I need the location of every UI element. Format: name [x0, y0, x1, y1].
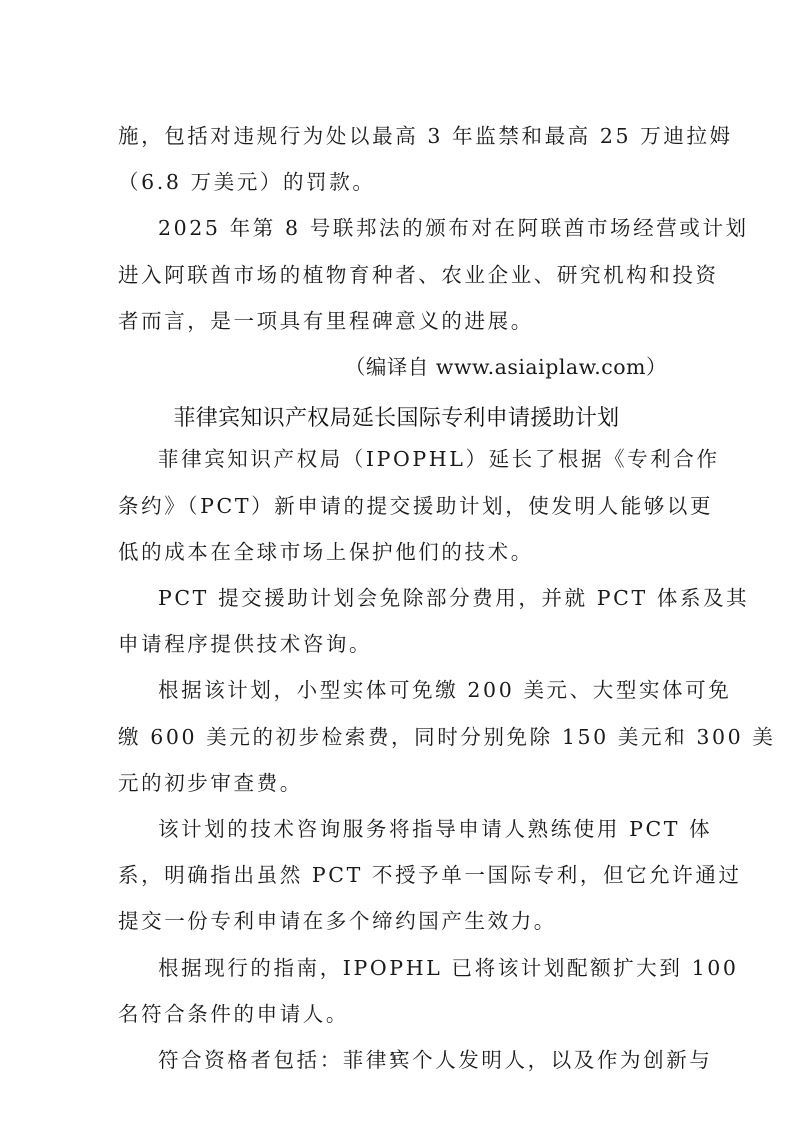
paragraph-line: 系，明确指出虽然 PCT 不授予单一国际专利，但它允许通过 [118, 863, 674, 887]
paragraph-line: 该计划的技术咨询服务将指导申请人熟练使用 PCT 体 [158, 817, 674, 841]
paragraph-line: 元的初步审查费。 [118, 771, 674, 795]
paragraph-line: 进入阿联酋市场的植物育种者、农业企业、研究机构和投资 [118, 263, 674, 287]
paragraph-line: 提交一份专利申请在多个缔约国产生效力。 [118, 909, 674, 933]
paragraph-line: 低的成本在全球市场上保护他们的技术。 [118, 540, 674, 564]
document-page: 施，包括对违规行为处以最高 3 年监禁和最高 25 万迪拉姆 （6.8 万美元）… [0, 0, 793, 1122]
paragraph-line: 者而言，是一项具有里程碑意义的进展。 [118, 309, 674, 333]
paragraph-line: 根据现行的指南，IPOPHL 已将该计划配额扩大到 100 [158, 956, 674, 980]
article-title: 菲律宾知识产权局延长国际专利申请援助计划 [0, 405, 793, 433]
paragraph-line: （6.8 万美元）的罚款。 [118, 170, 674, 194]
paragraph-line: 菲律宾知识产权局（IPOPHL）延长了根据《专利合作 [158, 447, 674, 471]
paragraph-line: 缴 600 美元的初步检索费，同时分别免除 150 美元和 300 美 [118, 725, 674, 749]
paragraph-line: 申请程序提供技术咨询。 [118, 632, 674, 656]
paragraph-line: 施，包括对违规行为处以最高 3 年监禁和最高 25 万迪拉姆 [118, 124, 674, 148]
paragraph-line: 条约》（PCT）新申请的提交援助计划，使发明人能够以更 [118, 494, 674, 518]
paragraph-line: 根据该计划，小型实体可免缴 200 美元、大型实体可免 [158, 678, 674, 702]
source-citation: （编译自 www.asiaiplaw.com） [345, 355, 667, 379]
paragraph-line: 名符合条件的申请人。 [118, 1002, 674, 1026]
paragraph-line: 2025 年第 8 号联邦法的颁布对在阿联酋市场经营或计划 [158, 216, 674, 240]
paragraph-line: PCT 提交援助计划会免除部分费用，并就 PCT 体系及其 [158, 586, 674, 610]
page-number: 17 [0, 1050, 793, 1063]
